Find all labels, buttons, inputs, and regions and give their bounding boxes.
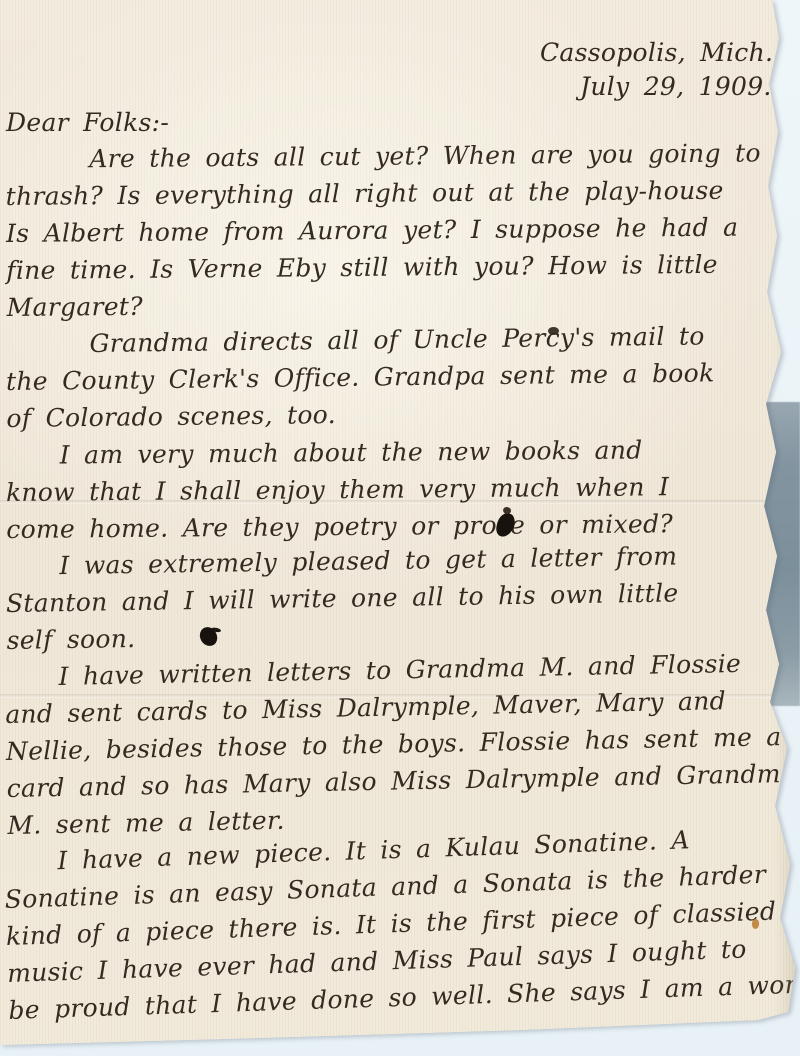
paragraph: I have written letters to Grandma M. and…	[4, 644, 799, 844]
letter-sheet-wrap: Cassopolis, Mich. July 29, 1909. Dear Fo…	[0, 0, 800, 1056]
heading-place: Cassopolis, Mich.	[540, 36, 798, 70]
paragraph: I am very much about the new books and k…	[6, 430, 799, 548]
letter-sheet: Cassopolis, Mich. July 29, 1909. Dear Fo…	[0, 0, 800, 1056]
letter-line: fine time. Is Verne Eby still with you? …	[6, 245, 798, 289]
letter-content: Cassopolis, Mich. July 29, 1909. Dear Fo…	[6, 36, 798, 1029]
ink-smudge	[548, 327, 559, 335]
paragraph: Grandma directs all of Uncle Percy's mai…	[5, 316, 798, 437]
letter-heading: Cassopolis, Mich. July 29, 1909.	[6, 36, 798, 104]
paragraph: I was extremely pleased to get a letter …	[5, 536, 799, 659]
paragraph: Are the oats all cut yet? When are you g…	[5, 134, 799, 326]
paragraph: I have a new piece. It is a Kulau Sonati…	[3, 818, 800, 1029]
heading-date: July 29, 1909.	[580, 70, 798, 104]
